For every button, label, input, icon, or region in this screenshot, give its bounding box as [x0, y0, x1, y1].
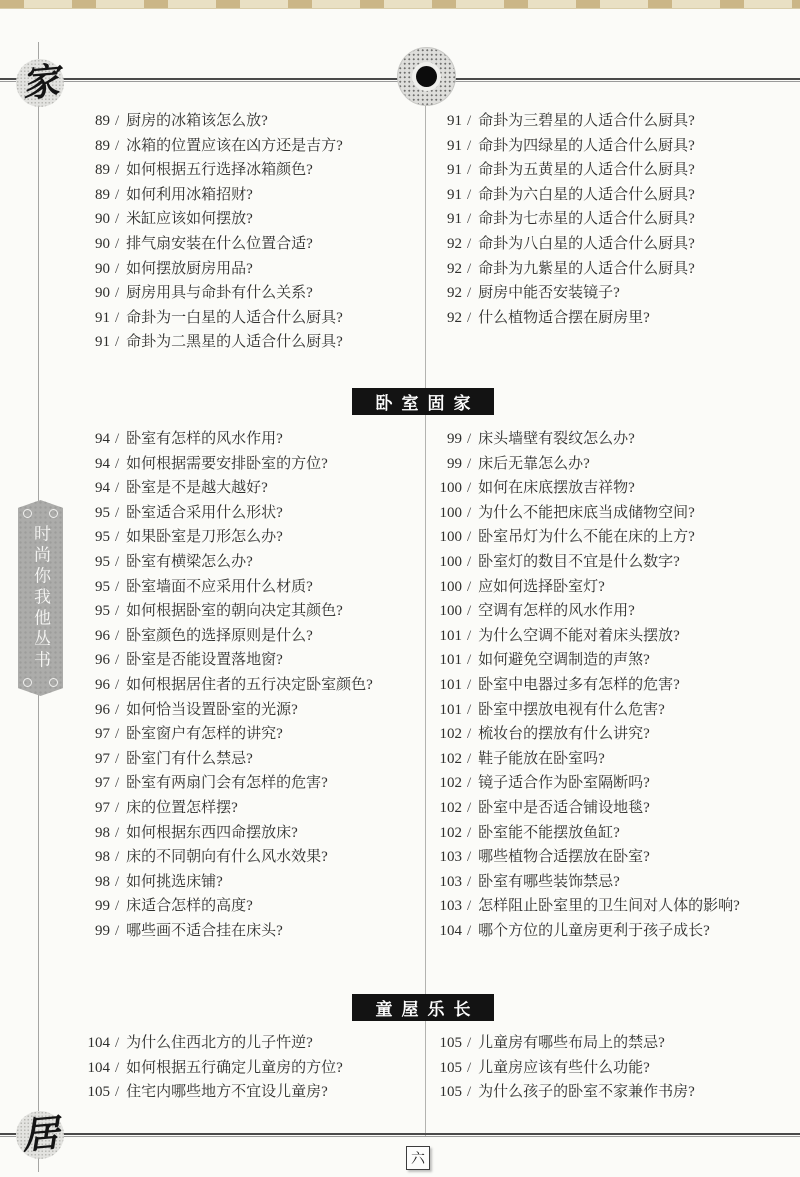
toc-entry-title: 如何利用冰箱招财?	[126, 187, 253, 203]
toc-entry-page: 97	[85, 771, 110, 796]
toc-entry-separator: /	[115, 334, 119, 350]
toc-entry-separator: /	[467, 480, 471, 496]
toc-entry-title: 梳妆台的摆放有什么讲究?	[478, 726, 650, 742]
toc-entry-page: 90	[85, 281, 110, 306]
toc-column-left: 104/为什么住西北方的儿子忤逆?104/如何根据五行确定儿童房的方位?105/…	[85, 1031, 421, 1105]
toc-entry: 91/命卦为三碧星的人适合什么厨具?	[437, 109, 793, 134]
toc-entry-page: 102	[437, 747, 462, 772]
toc-entry: 90/如何摆放厨房用品?	[85, 257, 421, 282]
toc-entry-title: 卧室适合采用什么形状?	[126, 505, 283, 521]
toc-entry-separator: /	[115, 874, 119, 890]
toc-entry-title: 卧室中摆放电视有什么危害?	[478, 702, 665, 718]
toc-entry-page: 91	[437, 109, 462, 134]
toc-entry-title: 为什么住西北方的儿子忤逆?	[126, 1035, 313, 1051]
toc-entry: 89/冰箱的位置应该在凶方还是吉方?	[85, 134, 421, 159]
toc-entry-separator: /	[467, 652, 471, 668]
toc-entry-page: 98	[85, 821, 110, 846]
toc-entry-separator: /	[115, 431, 119, 447]
toc-entry-page: 102	[437, 796, 462, 821]
toc-entry-title: 命卦为二黑星的人适合什么厨具?	[126, 334, 343, 350]
toc-entry-title: 儿童房应该有些什么功能?	[478, 1060, 650, 1076]
toc-entry-page: 95	[85, 599, 110, 624]
toc-entry-page: 98	[85, 870, 110, 895]
toc-entry-title: 卧室中是否适合铺设地毯?	[478, 800, 650, 816]
toc-entry-title: 卧室是否能设置落地窗?	[126, 652, 283, 668]
toc-entry-separator: /	[467, 431, 471, 447]
toc-entry: 98/如何根据东西四命摆放床?	[85, 821, 421, 846]
toc-entry-separator: /	[115, 603, 119, 619]
toc-entry-page: 105	[437, 1056, 462, 1081]
toc-entry: 94/卧室是不是越大越好?	[85, 476, 421, 501]
toc-entry: 99/哪些画不适合挂在床头?	[85, 919, 421, 944]
toc-entry-separator: /	[115, 579, 119, 595]
toc-entry: 94/卧室有怎样的风水作用?	[85, 427, 421, 452]
toc-entry: 104/哪个方位的儿童房更利于孩子成长?	[437, 919, 793, 944]
toc-entry: 91/命卦为六白星的人适合什么厨具?	[437, 183, 793, 208]
toc-entry-page: 103	[437, 894, 462, 919]
toc-entry: 91/命卦为四绿星的人适合什么厨具?	[437, 134, 793, 159]
center-medallion-icon	[398, 48, 455, 105]
bottom-rule-thin	[0, 1136, 800, 1137]
toc-entry-page: 102	[437, 771, 462, 796]
toc-entry-title: 鞋子能放在卧室吗?	[478, 751, 605, 767]
toc-entry-page: 100	[437, 575, 462, 600]
toc-entry-title: 卧室是不是越大越好?	[126, 480, 268, 496]
toc-entry-page: 99	[85, 894, 110, 919]
toc-entry-page: 91	[437, 158, 462, 183]
toc-entry: 103/哪些植物合适摆放在卧室?	[437, 845, 793, 870]
toc-entry-page: 100	[437, 501, 462, 526]
toc-entry: 95/卧室墙面不应采用什么材质?	[85, 575, 421, 600]
toc-entry-separator: /	[115, 456, 119, 472]
toc-entry-page: 100	[437, 525, 462, 550]
toc-entry: 89/如何根据五行选择冰箱颜色?	[85, 158, 421, 183]
seal-home-character: 家	[20, 63, 60, 103]
toc-entry: 92/什么植物适合摆在厨房里?	[437, 306, 793, 331]
toc-entry-separator: /	[115, 310, 119, 326]
toc-entry-separator: /	[467, 825, 471, 841]
toc-entry-title: 命卦为五黄星的人适合什么厨具?	[478, 162, 695, 178]
toc-entry: 105/住宅内哪些地方不宜设儿童房?	[85, 1080, 421, 1105]
toc-entry-separator: /	[467, 726, 471, 742]
toc-entry-title: 床适合怎样的高度?	[126, 898, 253, 914]
toc-entry-page: 90	[85, 207, 110, 232]
toc-entry: 105/儿童房有哪些布局上的禁忌?	[437, 1031, 793, 1056]
toc-entry-page: 94	[85, 427, 110, 452]
toc-entry-title: 怎样阻止卧室里的卫生间对人体的影响?	[478, 898, 740, 914]
toc-entry-title: 命卦为三碧星的人适合什么厨具?	[478, 113, 695, 129]
toc-entry: 90/厨房用具与命卦有什么关系?	[85, 281, 421, 306]
toc-entry-page: 96	[85, 673, 110, 698]
toc-entry: 103/怎样阻止卧室里的卫生间对人体的影响?	[437, 894, 793, 919]
toc-entry-page: 94	[85, 452, 110, 477]
toc-entry-page: 97	[85, 722, 110, 747]
toc-entry-page: 91	[437, 183, 462, 208]
toc-entry: 96/如何根据居住者的五行决定卧室颜色?	[85, 673, 421, 698]
toc-entry: 100/空调有怎样的风水作用?	[437, 599, 793, 624]
toc-entry-page: 95	[85, 525, 110, 550]
page-number: 六	[411, 1148, 425, 1168]
toc-entry-title: 如何根据东西四命摆放床?	[126, 825, 298, 841]
toc-entry-separator: /	[115, 849, 119, 865]
series-banner: 时尚你我他丛书	[18, 500, 63, 696]
banner-curl-icon	[49, 509, 58, 518]
toc-entry-separator: /	[115, 800, 119, 816]
toc-entry-separator: /	[467, 236, 471, 252]
toc-entry-page: 104	[85, 1031, 110, 1056]
toc-entry-title: 为什么孩子的卧室不家兼作书房?	[478, 1084, 695, 1100]
toc-entry-separator: /	[115, 702, 119, 718]
top-left-seal: 家	[16, 59, 64, 107]
toc-entry: 105/为什么孩子的卧室不家兼作书房?	[437, 1080, 793, 1105]
toc-entry: 92/命卦为八白星的人适合什么厨具?	[437, 232, 793, 257]
toc-entry: 97/卧室窗户有怎样的讲究?	[85, 722, 421, 747]
toc-entry-page: 92	[437, 306, 462, 331]
seal-live-character: 居	[20, 1115, 60, 1155]
toc-entry-separator: /	[467, 603, 471, 619]
toc-entry-title: 如何根据五行选择冰箱颜色?	[126, 162, 313, 178]
toc-entry: 96/如何恰当设置卧室的光源?	[85, 698, 421, 723]
toc-entry: 102/梳妆台的摆放有什么讲究?	[437, 722, 793, 747]
toc-entry-page: 89	[85, 158, 110, 183]
toc-entry: 103/卧室有哪些装饰禁忌?	[437, 870, 793, 895]
toc-entry-page: 96	[85, 624, 110, 649]
toc-column-right: 105/儿童房有哪些布局上的禁忌?105/儿童房应该有些什么功能?105/为什么…	[437, 1031, 793, 1105]
toc-entry-title: 米缸应该如何摆放?	[126, 211, 253, 227]
toc-entry: 94/如何根据需要安排卧室的方位?	[85, 452, 421, 477]
toc-entry-separator: /	[115, 529, 119, 545]
toc-column-right: 91/命卦为三碧星的人适合什么厨具?91/命卦为四绿星的人适合什么厨具?91/命…	[437, 109, 793, 330]
toc-entry: 89/厨房的冰箱该怎么放?	[85, 109, 421, 134]
banner-curl-icon	[23, 678, 32, 687]
toc-entry-page: 103	[437, 845, 462, 870]
toc-entry-separator: /	[115, 726, 119, 742]
toc-entry-title: 如何摆放厨房用品?	[126, 261, 253, 277]
toc-entry: 99/床适合怎样的高度?	[85, 894, 421, 919]
toc-entry: 101/为什么空调不能对着床头摆放?	[437, 624, 793, 649]
toc-entry-separator: /	[467, 702, 471, 718]
toc-entry-page: 99	[437, 452, 462, 477]
toc-entry: 100/如何在床底摆放吉祥物?	[437, 476, 793, 501]
section-header-bedroom: 卧室固家	[352, 388, 494, 415]
toc-entry-title: 哪个方位的儿童房更利于孩子成长?	[478, 923, 710, 939]
column-divider-line	[425, 104, 426, 1136]
toc-entry-separator: /	[467, 554, 471, 570]
toc-entry-separator: /	[467, 579, 471, 595]
toc-entry-title: 哪些植物合适摆放在卧室?	[478, 849, 650, 865]
toc-entry-separator: /	[467, 849, 471, 865]
toc-entry-title: 应如何选择卧室灯?	[478, 579, 605, 595]
toc-entry: 92/厨房中能否安装镜子?	[437, 281, 793, 306]
toc-entry: 100/卧室吊灯为什么不能在床的上方?	[437, 525, 793, 550]
toc-entry-page: 103	[437, 870, 462, 895]
toc-entry-page: 91	[437, 207, 462, 232]
toc-entry: 104/如何根据五行确定儿童房的方位?	[85, 1056, 421, 1081]
bottom-rule-thick	[0, 1133, 800, 1135]
toc-entry-separator: /	[115, 162, 119, 178]
toc-entry-separator: /	[467, 113, 471, 129]
toc-entry: 98/如何挑选床铺?	[85, 870, 421, 895]
toc-entry-title: 镜子适合作为卧室隔断吗?	[478, 775, 650, 791]
toc-entry-separator: /	[115, 554, 119, 570]
toc-entry-title: 卧室墙面不应采用什么材质?	[126, 579, 313, 595]
toc-entry: 102/镜子适合作为卧室隔断吗?	[437, 771, 793, 796]
toc-entry-separator: /	[467, 138, 471, 154]
toc-entry: 90/米缸应该如何摆放?	[85, 207, 421, 232]
toc-entry-title: 什么植物适合摆在厨房里?	[478, 310, 650, 326]
toc-entry-page: 99	[437, 427, 462, 452]
toc-entry-separator: /	[115, 652, 119, 668]
toc-entry: 97/床的位置怎样摆?	[85, 796, 421, 821]
toc-entry-page: 92	[437, 257, 462, 282]
toc-entry: 91/命卦为五黄星的人适合什么厨具?	[437, 158, 793, 183]
toc-entry-title: 厨房中能否安装镜子?	[478, 285, 620, 301]
toc-entry-title: 排气扇安装在什么位置合适?	[126, 236, 313, 252]
toc-entry-separator: /	[115, 825, 119, 841]
toc-entry-separator: /	[115, 236, 119, 252]
toc-entry: 97/卧室有两扇门会有怎样的危害?	[85, 771, 421, 796]
toc-entry-title: 命卦为四绿星的人适合什么厨具?	[478, 138, 695, 154]
toc-entry-page: 100	[437, 476, 462, 501]
toc-entry-page: 100	[437, 599, 462, 624]
toc-entry: 101/卧室中摆放电视有什么危害?	[437, 698, 793, 723]
toc-entry-separator: /	[467, 456, 471, 472]
toc-entry-page: 104	[85, 1056, 110, 1081]
toc-entry-title: 空调有怎样的风水作用?	[478, 603, 635, 619]
toc-entry-title: 床的不同朝向有什么风水效果?	[126, 849, 328, 865]
toc-entry-title: 卧室窗户有怎样的讲究?	[126, 726, 283, 742]
toc-entry: 99/床头墙壁有裂纹怎么办?	[437, 427, 793, 452]
toc-entry-separator: /	[115, 1084, 119, 1100]
toc-entry-separator: /	[115, 187, 119, 203]
toc-entry-title: 卧室有横梁怎么办?	[126, 554, 253, 570]
toc-entry-separator: /	[115, 775, 119, 791]
toc-entry: 100/为什么不能把床底当成储物空间?	[437, 501, 793, 526]
toc-entry-page: 98	[85, 845, 110, 870]
toc-entry-page: 89	[85, 183, 110, 208]
toc-entry-page: 102	[437, 722, 462, 747]
toc-entry: 102/卧室中是否适合铺设地毯?	[437, 796, 793, 821]
toc-entry: 95/如果卧室是刀形怎么办?	[85, 525, 421, 550]
toc-entry-separator: /	[467, 261, 471, 277]
toc-entry: 104/为什么住西北方的儿子忤逆?	[85, 1031, 421, 1056]
toc-entry-title: 卧室颜色的选择原则是什么?	[126, 628, 313, 644]
toc-entry-separator: /	[115, 1060, 119, 1076]
toc-entry-separator: /	[467, 775, 471, 791]
toc-entry-separator: /	[115, 628, 119, 644]
toc-entry-separator: /	[467, 800, 471, 816]
toc-entry: 96/卧室颜色的选择原则是什么?	[85, 624, 421, 649]
toc-entry-title: 卧室有哪些装饰禁忌?	[478, 874, 620, 890]
toc-entry-page: 101	[437, 624, 462, 649]
toc-entry-title: 卧室中电器过多有怎样的危害?	[478, 677, 680, 693]
toc-entry-separator: /	[467, 310, 471, 326]
toc-entry-separator: /	[115, 113, 119, 129]
toc-entry-separator: /	[115, 677, 119, 693]
toc-entry-page: 99	[85, 919, 110, 944]
toc-entry-title: 为什么空调不能对着床头摆放?	[478, 628, 680, 644]
toc-entry: 99/床后无靠怎么办?	[437, 452, 793, 477]
toc-entry-title: 床后无靠怎么办?	[478, 456, 590, 472]
toc-entry-separator: /	[467, 211, 471, 227]
toc-entry-separator: /	[467, 923, 471, 939]
toc-entry-separator: /	[115, 923, 119, 939]
toc-entry-title: 厨房的冰箱该怎么放?	[126, 113, 268, 129]
toc-entry: 100/卧室灯的数目不宜是什么数字?	[437, 550, 793, 575]
toc-entry-title: 命卦为九紫星的人适合什么厨具?	[478, 261, 695, 277]
toc-entry-page: 105	[437, 1080, 462, 1105]
toc-entry: 89/如何利用冰箱招财?	[85, 183, 421, 208]
toc-entry-separator: /	[115, 261, 119, 277]
toc-entry-separator: /	[467, 751, 471, 767]
toc-entry-title: 冰箱的位置应该在凶方还是吉方?	[126, 138, 343, 154]
toc-entry-title: 如何根据五行确定儿童房的方位?	[126, 1060, 343, 1076]
toc-entry-page: 105	[437, 1031, 462, 1056]
toc-entry-separator: /	[467, 898, 471, 914]
toc-entry-title: 命卦为一白星的人适合什么厨具?	[126, 310, 343, 326]
toc-entry-title: 为什么不能把床底当成储物空间?	[478, 505, 695, 521]
toc-entry: 102/鞋子能放在卧室吗?	[437, 747, 793, 772]
toc-column-left: 89/厨房的冰箱该怎么放?89/冰箱的位置应该在凶方还是吉方?89/如何根据五行…	[85, 109, 421, 355]
toc-entry-separator: /	[467, 677, 471, 693]
toc-entry-title: 儿童房有哪些布局上的禁忌?	[478, 1035, 665, 1051]
toc-entry-page: 95	[85, 575, 110, 600]
toc-entry-title: 卧室门有什么禁忌?	[126, 751, 253, 767]
toc-entry: 101/卧室中电器过多有怎样的危害?	[437, 673, 793, 698]
toc-entry-page: 96	[85, 648, 110, 673]
toc-entry-page: 90	[85, 257, 110, 282]
toc-entry-page: 101	[437, 698, 462, 723]
toc-entry-title: 住宅内哪些地方不宜设儿童房?	[126, 1084, 328, 1100]
toc-entry-title: 哪些画不适合挂在床头?	[126, 923, 283, 939]
toc-entry-separator: /	[115, 138, 119, 154]
toc-entry: 90/排气扇安装在什么位置合适?	[85, 232, 421, 257]
toc-entry: 91/命卦为二黑星的人适合什么厨具?	[85, 330, 421, 355]
toc-entry-title: 如何根据卧室的朝向决定其颜色?	[126, 603, 343, 619]
toc-entry-page: 94	[85, 476, 110, 501]
banner-curl-icon	[23, 509, 32, 518]
toc-entry-separator: /	[115, 1035, 119, 1051]
toc-entry: 95/如何根据卧室的朝向决定其颜色?	[85, 599, 421, 624]
bottom-rule	[0, 1133, 800, 1137]
toc-entry-page: 97	[85, 747, 110, 772]
toc-entry-title: 床的位置怎样摆?	[126, 800, 238, 816]
toc-entry-page: 102	[437, 821, 462, 846]
toc-entry-title: 如何根据需要安排卧室的方位?	[126, 456, 328, 472]
toc-entry-title: 如何挑选床铺?	[126, 874, 223, 890]
toc-entry-page: 95	[85, 550, 110, 575]
toc-entry-title: 卧室有怎样的风水作用?	[126, 431, 283, 447]
toc-entry-separator: /	[115, 505, 119, 521]
toc-entry-page: 90	[85, 232, 110, 257]
toc-entry-page: 89	[85, 109, 110, 134]
toc-entry-page: 101	[437, 673, 462, 698]
page-number-box: 六	[406, 1146, 430, 1170]
toc-entry-separator: /	[467, 505, 471, 521]
toc-entry-title: 卧室有两扇门会有怎样的危害?	[126, 775, 328, 791]
toc-entry-page: 100	[437, 550, 462, 575]
toc-entry-separator: /	[467, 285, 471, 301]
toc-entry: 100/应如何选择卧室灯?	[437, 575, 793, 600]
toc-entry-title: 如何在床底摆放吉祥物?	[478, 480, 635, 496]
toc-entry-title: 如果卧室是刀形怎么办?	[126, 529, 283, 545]
toc-entry-separator: /	[467, 187, 471, 203]
toc-entry-page: 92	[437, 281, 462, 306]
top-border-strip	[0, 0, 800, 9]
toc-entry-title: 如何恰当设置卧室的光源?	[126, 702, 298, 718]
toc-entry-page: 91	[437, 134, 462, 159]
toc-entry-title: 命卦为八白星的人适合什么厨具?	[478, 236, 695, 252]
toc-column-left: 94/卧室有怎样的风水作用?94/如何根据需要安排卧室的方位?94/卧室是不是越…	[85, 427, 421, 943]
toc-entry-separator: /	[115, 898, 119, 914]
toc-entry-page: 91	[85, 306, 110, 331]
toc-entry: 98/床的不同朝向有什么风水效果?	[85, 845, 421, 870]
toc-entry-separator: /	[467, 529, 471, 545]
toc-entry: 97/卧室门有什么禁忌?	[85, 747, 421, 772]
toc-entry-title: 卧室能不能摆放鱼缸?	[478, 825, 620, 841]
toc-entry-separator: /	[467, 1035, 471, 1051]
toc-entry-page: 95	[85, 501, 110, 526]
toc-entry-separator: /	[467, 1084, 471, 1100]
toc-entry: 91/命卦为一白星的人适合什么厨具?	[85, 306, 421, 331]
section-header-children: 童屋乐长	[352, 994, 494, 1021]
toc-entry-title: 卧室灯的数目不宜是什么数字?	[478, 554, 680, 570]
toc-entry-separator: /	[115, 211, 119, 227]
toc-entry: 105/儿童房应该有些什么功能?	[437, 1056, 793, 1081]
toc-entry-separator: /	[115, 751, 119, 767]
toc-column-right: 99/床头墙壁有裂纹怎么办?99/床后无靠怎么办?100/如何在床底摆放吉祥物?…	[437, 427, 793, 943]
medallion-core	[416, 66, 437, 87]
toc-entry-separator: /	[115, 285, 119, 301]
toc-entry: 102/卧室能不能摆放鱼缸?	[437, 821, 793, 846]
toc-entry: 95/卧室适合采用什么形状?	[85, 501, 421, 526]
toc-entry-title: 如何根据居住者的五行决定卧室颜色?	[126, 677, 373, 693]
toc-entry-title: 卧室吊灯为什么不能在床的上方?	[478, 529, 695, 545]
toc-entry: 91/命卦为七赤星的人适合什么厨具?	[437, 207, 793, 232]
toc-entry-separator: /	[115, 480, 119, 496]
toc-entry-separator: /	[467, 628, 471, 644]
series-banner-text: 时尚你我他丛书	[28, 525, 53, 672]
toc-entry: 92/命卦为九紫星的人适合什么厨具?	[437, 257, 793, 282]
toc-entry-separator: /	[467, 874, 471, 890]
toc-entry: 96/卧室是否能设置落地窗?	[85, 648, 421, 673]
toc-entry-title: 命卦为六白星的人适合什么厨具?	[478, 187, 695, 203]
toc-entry-separator: /	[467, 1060, 471, 1076]
toc-entry: 101/如何避免空调制造的声煞?	[437, 648, 793, 673]
toc-entry-title: 如何避免空调制造的声煞?	[478, 652, 650, 668]
toc-entry-page: 91	[85, 330, 110, 355]
toc-entry: 95/卧室有横梁怎么办?	[85, 550, 421, 575]
bottom-left-seal: 居	[16, 1111, 64, 1159]
toc-entry-page: 89	[85, 134, 110, 159]
toc-entry-page: 96	[85, 698, 110, 723]
banner-curl-icon	[49, 678, 58, 687]
toc-entry-title: 命卦为七赤星的人适合什么厨具?	[478, 211, 695, 227]
toc-entry-title: 厨房用具与命卦有什么关系?	[126, 285, 313, 301]
toc-entry-page: 105	[85, 1080, 110, 1105]
toc-entry-page: 101	[437, 648, 462, 673]
toc-entry-title: 床头墙壁有裂纹怎么办?	[478, 431, 635, 447]
toc-entry-page: 92	[437, 232, 462, 257]
toc-entry-page: 97	[85, 796, 110, 821]
toc-entry-separator: /	[467, 162, 471, 178]
toc-entry-page: 104	[437, 919, 462, 944]
